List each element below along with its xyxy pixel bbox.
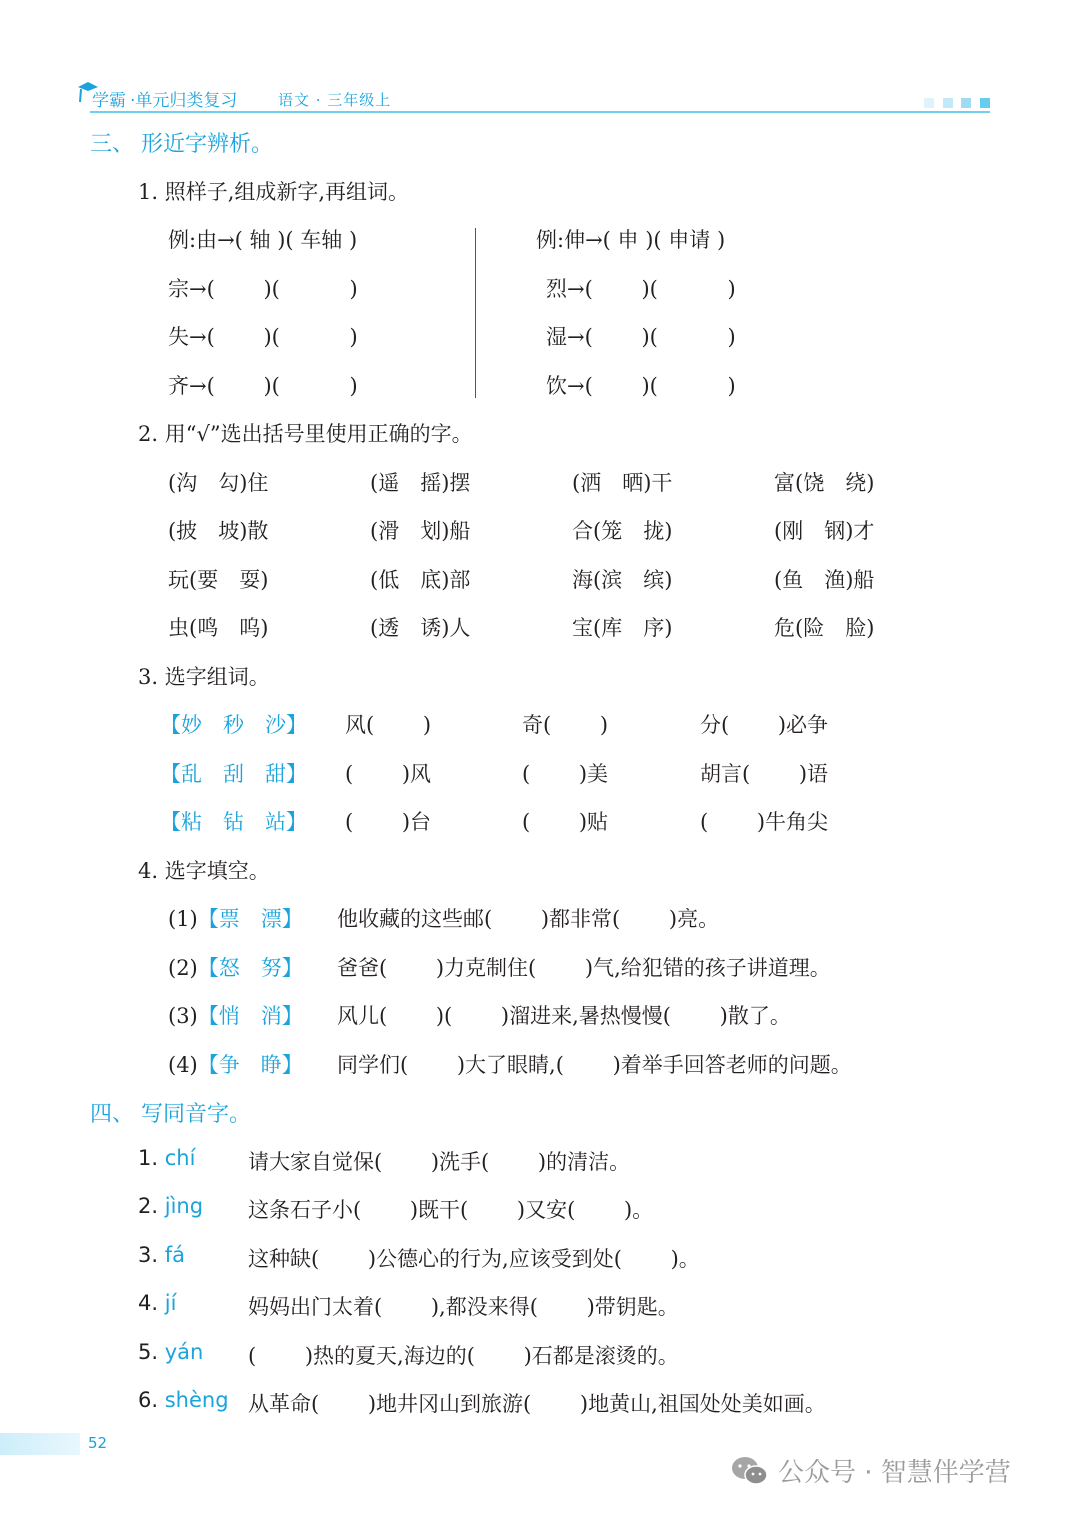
section-title-4: 四、 写同音字。 [90,1097,251,1128]
q3-blank[interactable]: ( )牛角尖 [700,806,828,836]
q1-left-example: 例:由→( 轴 )( 车轴 ) [168,224,357,254]
q3-choice-set: 【妙 秒 沙】 [160,709,307,739]
q3-blank[interactable]: 胡言( )语 [700,758,828,788]
q4-sentence[interactable]: 同学们( )大了眼睛,( )着举手回答老师的问题。 [337,1049,852,1079]
deco-square-4 [980,98,990,108]
q1-left-row[interactable]: 失→( )( ) [168,321,358,351]
s4-item-2: 2. jìng [138,1194,203,1218]
deco-square-2 [943,98,953,108]
q3-blank[interactable]: ( )风 [345,758,431,788]
subject-label: 语文 · 三年级上 [278,89,391,110]
q2-item[interactable]: (洒 晒)干 [572,467,672,497]
s4-sentence[interactable]: 请大家自觉保( )洗手( )的清洁。 [248,1146,630,1176]
q2-item[interactable]: (披 坡)散 [168,515,268,545]
q1-right-row[interactable]: 饮→( )( ) [546,370,736,400]
s4-item-6: 6. shèng [138,1388,229,1412]
deco-square-1 [924,98,934,108]
q3-blank[interactable]: ( )美 [522,758,608,788]
q1-left-row[interactable]: 宗→( )( ) [168,273,358,303]
q2-item[interactable]: 宝(库 序) [572,612,672,642]
s4-item-3: 3. fá [138,1243,185,1267]
q3-choice-set: 【乱 刮 甜】 [160,758,307,788]
q2-item[interactable]: 合(笼 拢) [572,515,672,545]
q4-sentence[interactable]: 爸爸( )力克制住( )气,给犯错的孩子讲道理。 [337,952,831,982]
q2-item[interactable]: (透 诱)人 [370,612,470,642]
q2-item[interactable]: 虫(鸣 呜) [168,612,268,642]
wechat-icon [730,1455,770,1487]
q2-item[interactable]: (鱼 渔)船 [774,564,874,594]
question-3-prompt: 3. 选字组词。 [138,661,270,691]
q2-item[interactable]: (刚 钢)才 [774,515,874,545]
q3-blank[interactable]: 风( ) [345,709,431,739]
s4-item-1: 1. chí [138,1146,195,1170]
question-1-prompt: 1. 照样子,组成新字,再组词。 [138,176,409,206]
q3-blank[interactable]: ( )台 [345,806,431,836]
s4-item-5: 5. yán [138,1340,203,1364]
s4-sentence[interactable]: 从革命( )地井冈山到旅游( )地黄山,祖国处处美如画。 [248,1388,826,1418]
q2-item[interactable]: (低 底)部 [370,564,470,594]
question-4-prompt: 4. 选字填空。 [138,855,270,885]
s4-sentence[interactable]: ( )热的夏天,海边的( )石都是滚烫的。 [248,1340,679,1370]
s4-item-4: 4. jí [138,1291,176,1315]
q4-item-1: (1)【票 漂】 [168,903,303,933]
s4-sentence[interactable]: 这种缺( )公德心的行为,应该受到处( )。 [248,1243,700,1273]
q2-item[interactable]: 危(险 脸) [774,612,874,642]
q2-item[interactable]: 玩(要 耍) [168,564,268,594]
header-rule [90,111,990,113]
q2-item[interactable]: (沟 勾)住 [168,467,268,497]
q4-item-4: (4)【争 睁】 [168,1049,303,1079]
q4-item-2: (2)【怒 努】 [168,952,303,982]
q3-choice-set: 【粘 钻 站】 [160,806,307,836]
q1-right-example: 例:伸→( 申 )( 申请 ) [536,224,725,254]
page-band [0,1433,80,1455]
q3-blank[interactable]: 分( )必争 [700,709,828,739]
q1-right-row[interactable]: 烈→( )( ) [546,273,736,303]
q2-item[interactable]: 富(饶 绕) [774,467,874,497]
s4-sentence[interactable]: 这条石子小( )既干( )又安( )。 [248,1194,653,1224]
question-2-prompt: 2. 用“√”选出括号里使用正确的字。 [138,418,473,448]
section-title-3: 三、 形近字辨析。 [90,127,273,158]
q2-item[interactable]: (遥 摇)摆 [370,467,470,497]
q3-blank[interactable]: 奇( ) [522,709,608,739]
q1-right-row[interactable]: 湿→( )( ) [546,321,736,351]
q3-blank[interactable]: ( )贴 [522,806,608,836]
page-number: 52 [88,1434,107,1452]
column-divider [475,228,476,398]
q4-item-3: (3)【悄 消】 [168,1000,303,1030]
s4-sentence[interactable]: 妈妈出门太着( ),都没来得( )带钥匙。 [248,1291,679,1321]
q1-left-row[interactable]: 齐→( )( ) [168,370,358,400]
watermark-text: 公众号 · 智慧伴学营 [778,1452,1011,1489]
q2-item[interactable]: 海(滨 缤) [572,564,672,594]
q4-sentence[interactable]: 风儿( )( )溜进来,暑热慢慢( )散了。 [337,1000,791,1030]
q4-sentence[interactable]: 他收藏的这些邮( )都非常( )亮。 [337,903,719,933]
brand-title: 学霸·单元归类复习 [78,86,237,111]
q2-item[interactable]: (滑 划)船 [370,515,470,545]
deco-square-3 [961,98,971,108]
